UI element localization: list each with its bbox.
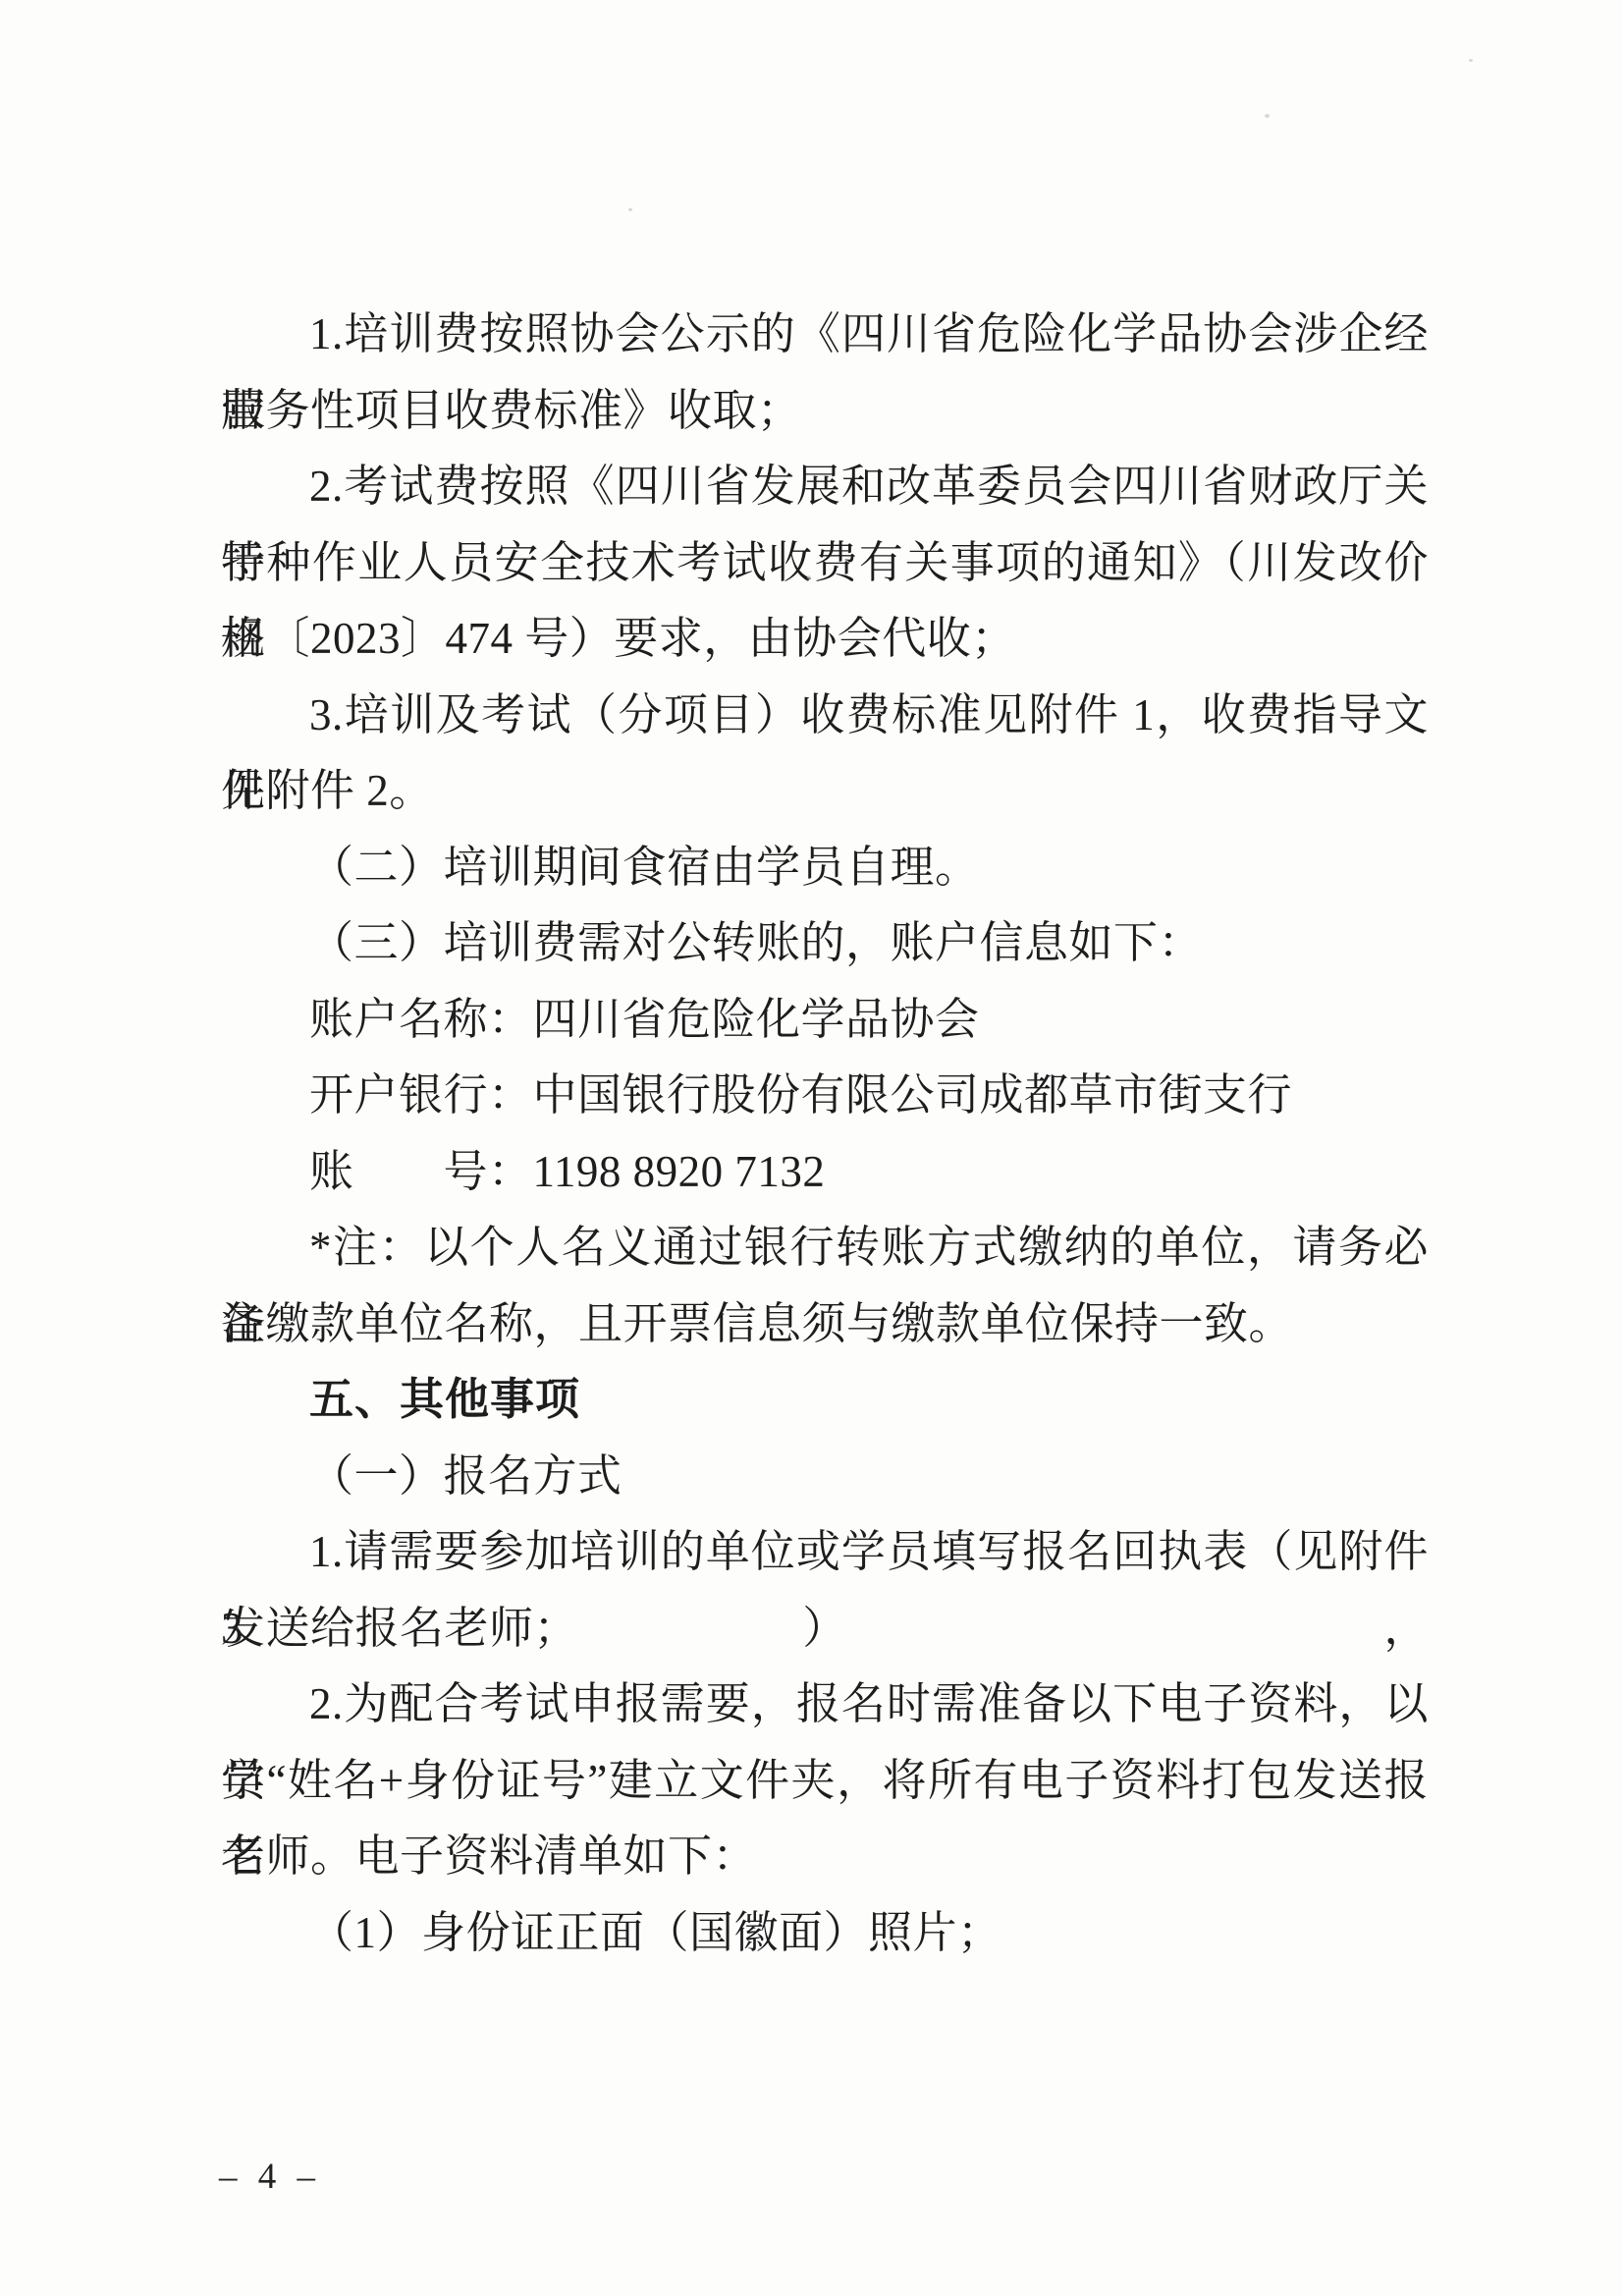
para-materials-line-3: 老师。电子资料清单如下： bbox=[221, 1819, 1429, 1895]
footer-page-number: – 4 – bbox=[211, 2153, 329, 2202]
para-exam-fee-line-1: 2.考试费按照《四川省发展和改革委员会四川省财政厅关于 bbox=[221, 449, 1429, 525]
scan-speck bbox=[1469, 59, 1473, 62]
item-id-card-photo: （1）身份证正面（国徽面）照片； bbox=[221, 1895, 1429, 1972]
account-name-line: 账户名称：四川省危险化学品协会 bbox=[221, 982, 1429, 1059]
item-transfer-info: （三）培训费需对公转账的，账户信息如下： bbox=[221, 905, 1429, 982]
para-materials-line-1: 2.为配合考试申报需要，报名时需准备以下电子资料，以学 bbox=[221, 1667, 1429, 1743]
para-fee-standard-line-1: 3.培训及考试（分项目）收费标准见附件 1，收费指导文件 bbox=[221, 678, 1429, 754]
para-exam-fee-line-2: 特种作业人员安全技术考试收费有关事项的通知》（川发改价格 bbox=[221, 525, 1429, 602]
para-training-fee-line-2: 服务性项目收费标准》收取； bbox=[221, 373, 1429, 450]
note-line-2: 注缴款单位名称，且开票信息须与缴款单位保持一致。 bbox=[221, 1286, 1429, 1363]
scan-speck bbox=[628, 208, 632, 211]
para-registration-line-1: 1.请需要参加培训的单位或学员填写报名回执表（见附件 3）， bbox=[221, 1514, 1429, 1591]
para-exam-fee-line-3: 规〔2023〕474 号）要求，由协会代收； bbox=[221, 601, 1429, 678]
section-heading-other-matters: 五、其他事项 bbox=[221, 1362, 1429, 1439]
item-board-lodging: （二）培训期间食宿由学员自理。 bbox=[221, 830, 1429, 906]
note-line-1: *注：以个人名义通过银行转账方式缴纳的单位，请务必备 bbox=[221, 1210, 1429, 1286]
para-materials-line-2: 员“姓名+身份证号”建立文件夹，将所有电子资料打包发送报名 bbox=[221, 1743, 1429, 1820]
para-training-fee-line-1: 1.培训费按照协会公示的《四川省危险化学品协会涉企经营 bbox=[221, 297, 1429, 373]
document-body: 1.培训费按照协会公示的《四川省危险化学品协会涉企经营 服务性项目收费标准》收取… bbox=[221, 297, 1429, 1971]
para-fee-standard-line-2: 见附件 2。 bbox=[221, 753, 1429, 830]
subsection-registration-method: （一）报名方式 bbox=[221, 1439, 1429, 1515]
account-number-line: 账 号：1198 8920 7132 bbox=[221, 1134, 1429, 1211]
scanned-document-page: 1.培训费按照协会公示的《四川省危险化学品协会涉企经营 服务性项目收费标准》收取… bbox=[0, 0, 1623, 2296]
scan-speck bbox=[807, 575, 811, 579]
scan-speck bbox=[1265, 114, 1270, 118]
bank-name-line: 开户银行：中国银行股份有限公司成都草市街支行 bbox=[221, 1058, 1429, 1134]
